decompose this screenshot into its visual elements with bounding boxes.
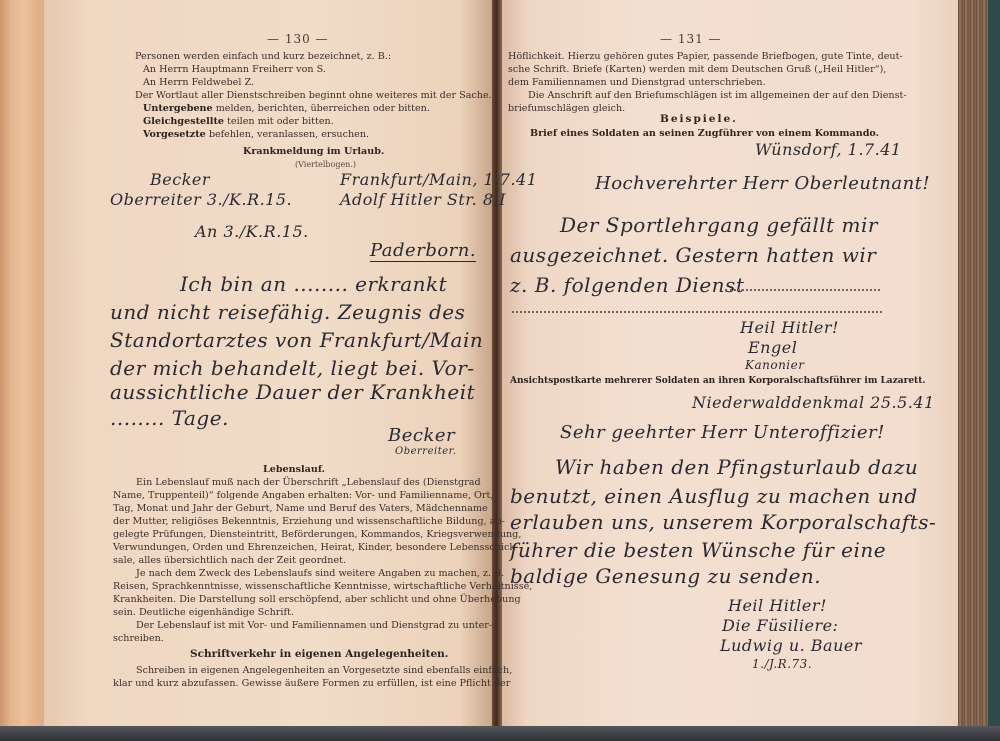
sick-report-heading: Krankmeldung im Urlaub. <box>243 145 384 158</box>
book-gutter <box>492 0 502 730</box>
letter1-body-line: ausgezeichnet. Gestern hatten wir <box>510 243 876 267</box>
correspondence-line: klar und kurz abzufassen. Gewisse äußere… <box>113 677 510 690</box>
rule-text: teilen mit oder bitten. <box>227 116 334 127</box>
cv-line: schreiben. <box>113 632 164 645</box>
intro-line: sche Schrift. Briefe (Karten) werden mit… <box>508 63 886 76</box>
signature: Becker <box>388 425 455 446</box>
examples-heading: Beispiele. <box>660 113 738 126</box>
rule-line: Untergebene melden, berichten, überreich… <box>143 102 430 115</box>
cv-line: Tag, Monat und Jahr der Geburt, Name und… <box>113 502 488 515</box>
letter2-signature-line: Die Füsiliere: <box>722 616 838 635</box>
body-line: aussichtliche Dauer der Krankheit <box>110 380 475 404</box>
recipient-city: Paderborn. <box>370 240 476 262</box>
rule-line: Vorgesetzte befehlen, veranlassen, ersuc… <box>143 128 369 141</box>
cv-line: Je nach dem Zweck des Lebenslaufs sind w… <box>136 567 504 580</box>
recipient-unit: An 3./K.R.15. <box>195 222 309 241</box>
intro-line: An Herrn Hauptmann Freiherr von S. <box>143 63 326 76</box>
letter2-body-line: baldige Genesung zu senden. <box>510 564 821 588</box>
letter1-closing: Heil Hitler! <box>740 318 839 337</box>
intro-line: An Herrn Feldwebel Z. <box>143 76 254 89</box>
letter2-body-line: Wir haben den Pfingsturlaub dazu <box>555 455 918 479</box>
letter2-heading: Ansichtspostkarte mehrerer Soldaten an i… <box>510 375 926 388</box>
letter1-place-date: Wünsdorf, 1.7.41 <box>755 140 902 159</box>
intro-line: Die Anschrift auf den Briefumschlägen is… <box>528 89 907 102</box>
page-number-right: — 131 — <box>660 32 722 46</box>
letter2-unit: 1./J.R.73. <box>752 657 812 671</box>
cv-line: sein. Deutliche eigenhändige Schrift. <box>113 606 294 619</box>
page-number-left: — 130 — <box>267 32 329 46</box>
cv-line: Name, Truppenteil)“ folgende Angaben erh… <box>113 489 493 502</box>
cv-line: Verwundungen, Orden und Ehrenzeichen, He… <box>113 541 518 554</box>
rule-term: Untergebene <box>143 103 213 114</box>
body-line: Ich bin an ........ erkrankt <box>180 272 447 296</box>
letter2-closing: Heil Hitler! <box>728 596 827 615</box>
sender-rank: Oberreiter 3./K.R.15. <box>110 190 292 209</box>
letter2-place-date: Niederwalddenkmal 25.5.41 <box>692 393 935 412</box>
dotted-fill-line <box>725 289 880 291</box>
letter2-body-line: erlauben uns, unserem Korporalschafts- <box>510 510 936 534</box>
body-line: der mich behandelt, liegt bei. Vor- <box>110 356 475 380</box>
intro-line: Der Wortlaut aller Dienstschreiben begin… <box>135 89 492 102</box>
right-page-edges <box>958 0 1000 728</box>
intro-line: dem Familiennamen und Dienstgrad untersc… <box>508 76 766 89</box>
sender-address: Adolf Hitler Str. 8.I <box>340 190 506 209</box>
table-surface <box>0 726 1000 741</box>
cv-line: sale, alles übersichtlich nach der Zeit … <box>113 554 346 567</box>
letter1-body-line: Der Sportlehrgang gefällt mir <box>560 213 878 237</box>
cv-line: der Mutter, religiöses Bekenntnis, Erzie… <box>113 515 505 528</box>
intro-line: Personen werden einfach und kurz bezeich… <box>135 50 391 63</box>
letter1-body-line: z. B. folgenden Dienst <box>510 273 744 297</box>
body-line: und nicht reisefähig. Zeugnis des <box>110 300 465 324</box>
rule-text: melden, berichten, überreichen oder bitt… <box>216 103 430 114</box>
letter2-signature-line: Ludwig u. Bauer <box>720 636 862 655</box>
correspondence-line: Schreiben in eigenen Angelegenheiten an … <box>136 664 512 677</box>
cv-line: Der Lebenslauf ist mit Vor- und Familien… <box>136 619 492 632</box>
correspondence-heading: Schriftverkehr in eigenen Angelegenheite… <box>190 648 448 661</box>
rule-text: befehlen, veranlassen, ersuchen. <box>209 129 369 140</box>
cv-line: Reisen, Sprachkenntnisse, wissenschaftli… <box>113 580 532 593</box>
rule-term: Gleichgestellte <box>143 116 224 127</box>
body-line: ........ Tage. <box>110 406 229 430</box>
cv-line: gelegte Prüfungen, Diensteintritt, Beför… <box>113 528 521 541</box>
dotted-fill-line <box>512 311 882 313</box>
letter2-salutation: Sehr geehrter Herr Unteroffizier! <box>560 422 885 443</box>
letter2-body-line: führer die besten Wünsche für eine <box>510 538 886 562</box>
rule-term: Vorgesetzte <box>143 129 206 140</box>
letter1-heading: Brief eines Soldaten an seinen Zugführer… <box>530 127 879 140</box>
cv-heading: Lebenslauf. <box>263 463 325 476</box>
letter1-salutation: Hochverehrter Herr Oberleutnant! <box>595 173 930 194</box>
intro-line: Höflichkeit. Hierzu gehören gutes Papier… <box>508 50 903 63</box>
rule-line: Gleichgestellte teilen mit oder bitten. <box>143 115 334 128</box>
letter2-body-line: benutzt, einen Ausflug zu machen und <box>510 484 918 508</box>
body-line: Standortarztes von Frankfurt/Main <box>110 328 483 352</box>
intro-line: briefumschlägen gleich. <box>508 102 625 115</box>
cv-line: Ein Lebenslauf muß nach der Überschrift … <box>136 476 481 489</box>
cv-line: Krankheiten. Die Darstellung soll erschö… <box>113 593 521 606</box>
place-date: Frankfurt/Main, 1.7.41 <box>340 170 537 189</box>
signature-rank: Oberreiter. <box>395 446 457 457</box>
sender-name: Becker <box>150 170 210 189</box>
letter1-signature-rank: Kanonier <box>745 358 804 372</box>
letter1-signature: Engel <box>748 338 797 357</box>
